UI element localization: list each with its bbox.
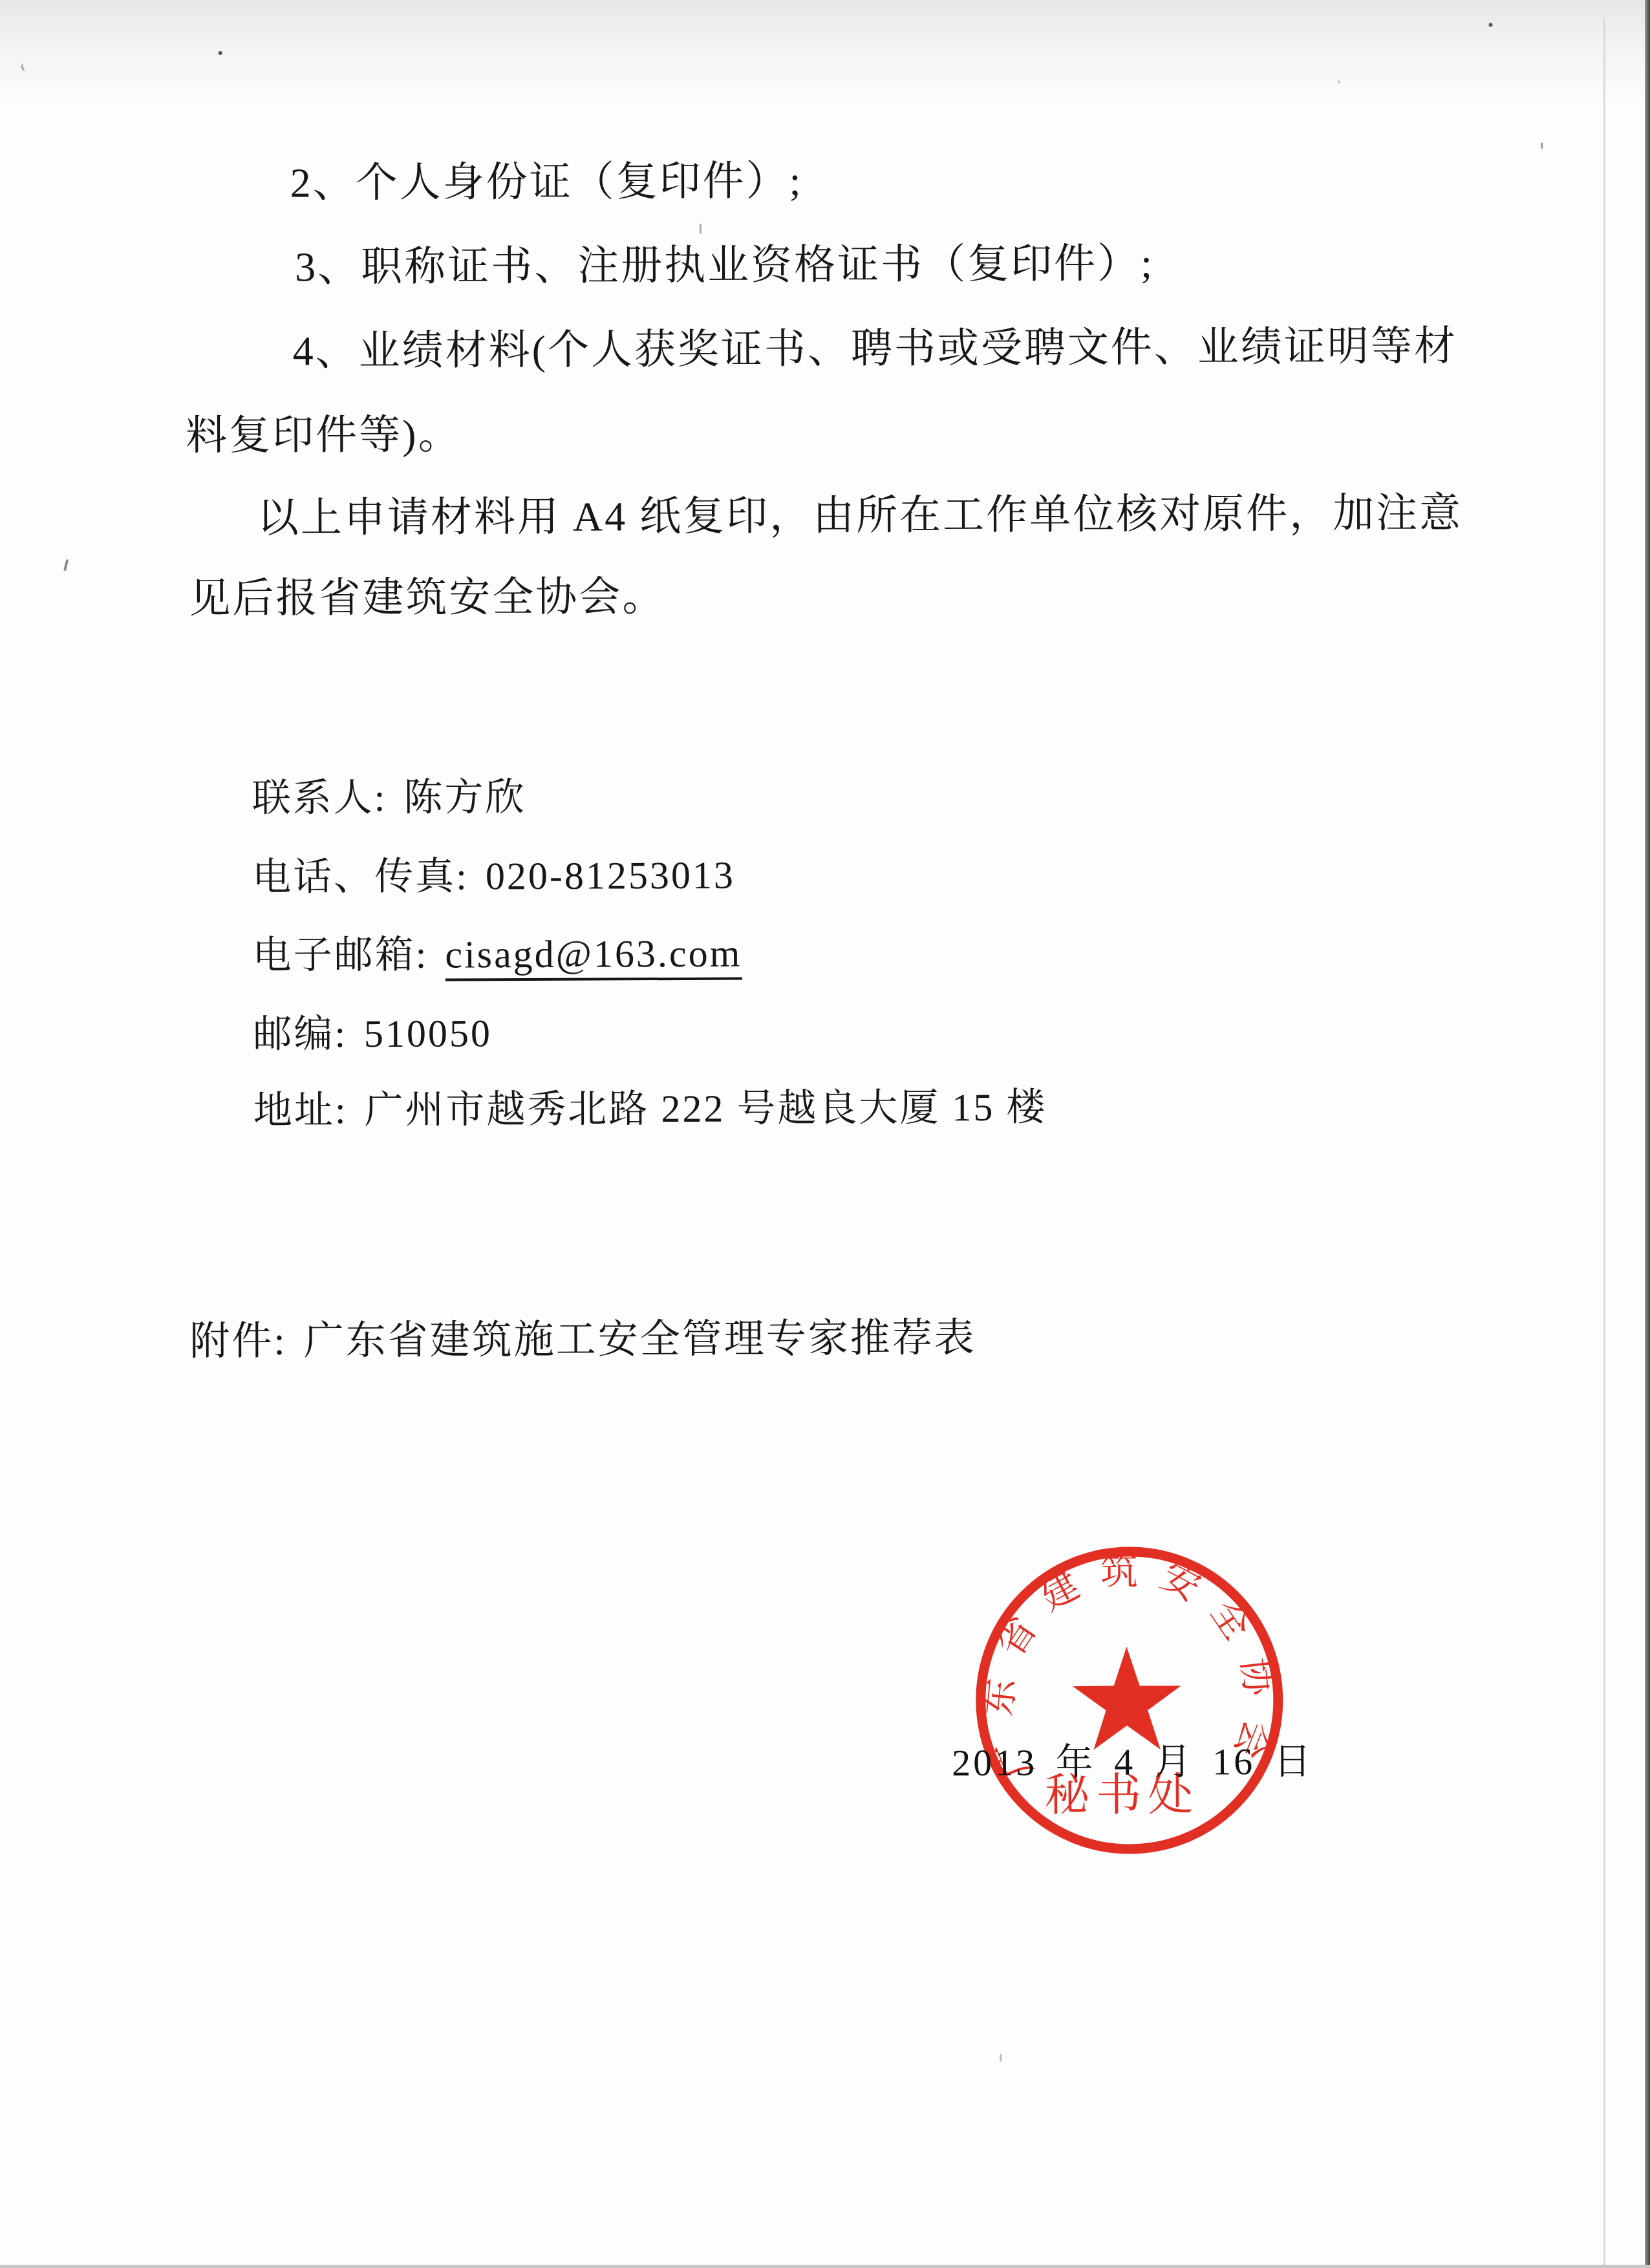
attachment-title: 广东省建筑施工安全管理专家推荐表 bbox=[303, 1316, 976, 1364]
scan-speckle bbox=[1489, 23, 1493, 27]
date-line: 2013 年 4 月 16 日 bbox=[952, 1731, 1314, 1786]
email-value: cisagd@163.com bbox=[445, 932, 742, 981]
document-page: 2、个人身份证（复印件）; 3、职称证书、注册执业资格证书（复印件）; 4、业绩… bbox=[0, 0, 1650, 2268]
attachment-line: 附件:广东省建筑施工安全管理专家推荐表 bbox=[189, 1305, 976, 1366]
phone-fax-label: 电话、传真: bbox=[252, 855, 469, 898]
contact-person-value: 陈方欣 bbox=[403, 776, 526, 819]
scan-speckle bbox=[1000, 2054, 1002, 2062]
paragraph-line-2: 见后报省建筑安全协会。 bbox=[189, 563, 665, 625]
official-seal: 广东省建筑安全协会 秘书处 bbox=[967, 1538, 1292, 1863]
contact-person-line: 联系人:陈方欣 bbox=[252, 766, 526, 823]
email-line: 电子邮箱:cisagd@163.com bbox=[253, 923, 742, 980]
list-item-4-continuation: 料复印件等)。 bbox=[186, 401, 462, 462]
attachment-label: 附件: bbox=[189, 1320, 287, 1364]
address-line: 地址:广州市越秀北路 222 号越良大厦 15 楼 bbox=[253, 1076, 1047, 1135]
list-item-2: 2、个人身份证（复印件）; bbox=[290, 147, 802, 209]
paper-edge-line bbox=[1603, 18, 1605, 2268]
scan-speckle bbox=[219, 51, 222, 55]
paragraph-line-1: 以上申请材料用 A4 纸复印，由所在工作单位核对原件，加注意 bbox=[257, 480, 1463, 544]
scan-speckle bbox=[1338, 81, 1340, 83]
scan-edge-right-dark bbox=[1645, 0, 1650, 2268]
phone-fax-line: 电话、传真:020-81253013 bbox=[252, 844, 735, 902]
postal-code-value: 510050 bbox=[364, 1012, 492, 1055]
postal-code-label: 邮编: bbox=[253, 1012, 347, 1056]
address-value: 广州市越秀北路 222 号越良大厦 15 楼 bbox=[364, 1086, 1047, 1132]
scan-speckle bbox=[1541, 142, 1543, 149]
scan-edge-bottom bbox=[0, 2265, 1650, 2268]
email-label: 电子邮箱: bbox=[253, 934, 429, 977]
contact-person-label: 联系人: bbox=[252, 776, 387, 820]
list-item-3: 3、职称证书、注册执业资格证书（复印件）; bbox=[295, 230, 1154, 294]
scan-speckle bbox=[63, 559, 69, 571]
document-content: 2、个人身份证（复印件）; 3、职称证书、注册执业资格证书（复印件）; 4、业绩… bbox=[0, 0, 1650, 2268]
address-label: 地址: bbox=[253, 1089, 348, 1132]
list-item-4: 4、业绩材料(个人获奖证书、聘书或受聘文件、业绩证明等材 bbox=[292, 313, 1457, 378]
scan-speckle bbox=[700, 224, 702, 234]
postal-code-line: 邮编:510050 bbox=[253, 1002, 492, 1059]
scan-speckle bbox=[20, 62, 30, 72]
phone-fax-value: 020-81253013 bbox=[486, 854, 735, 898]
